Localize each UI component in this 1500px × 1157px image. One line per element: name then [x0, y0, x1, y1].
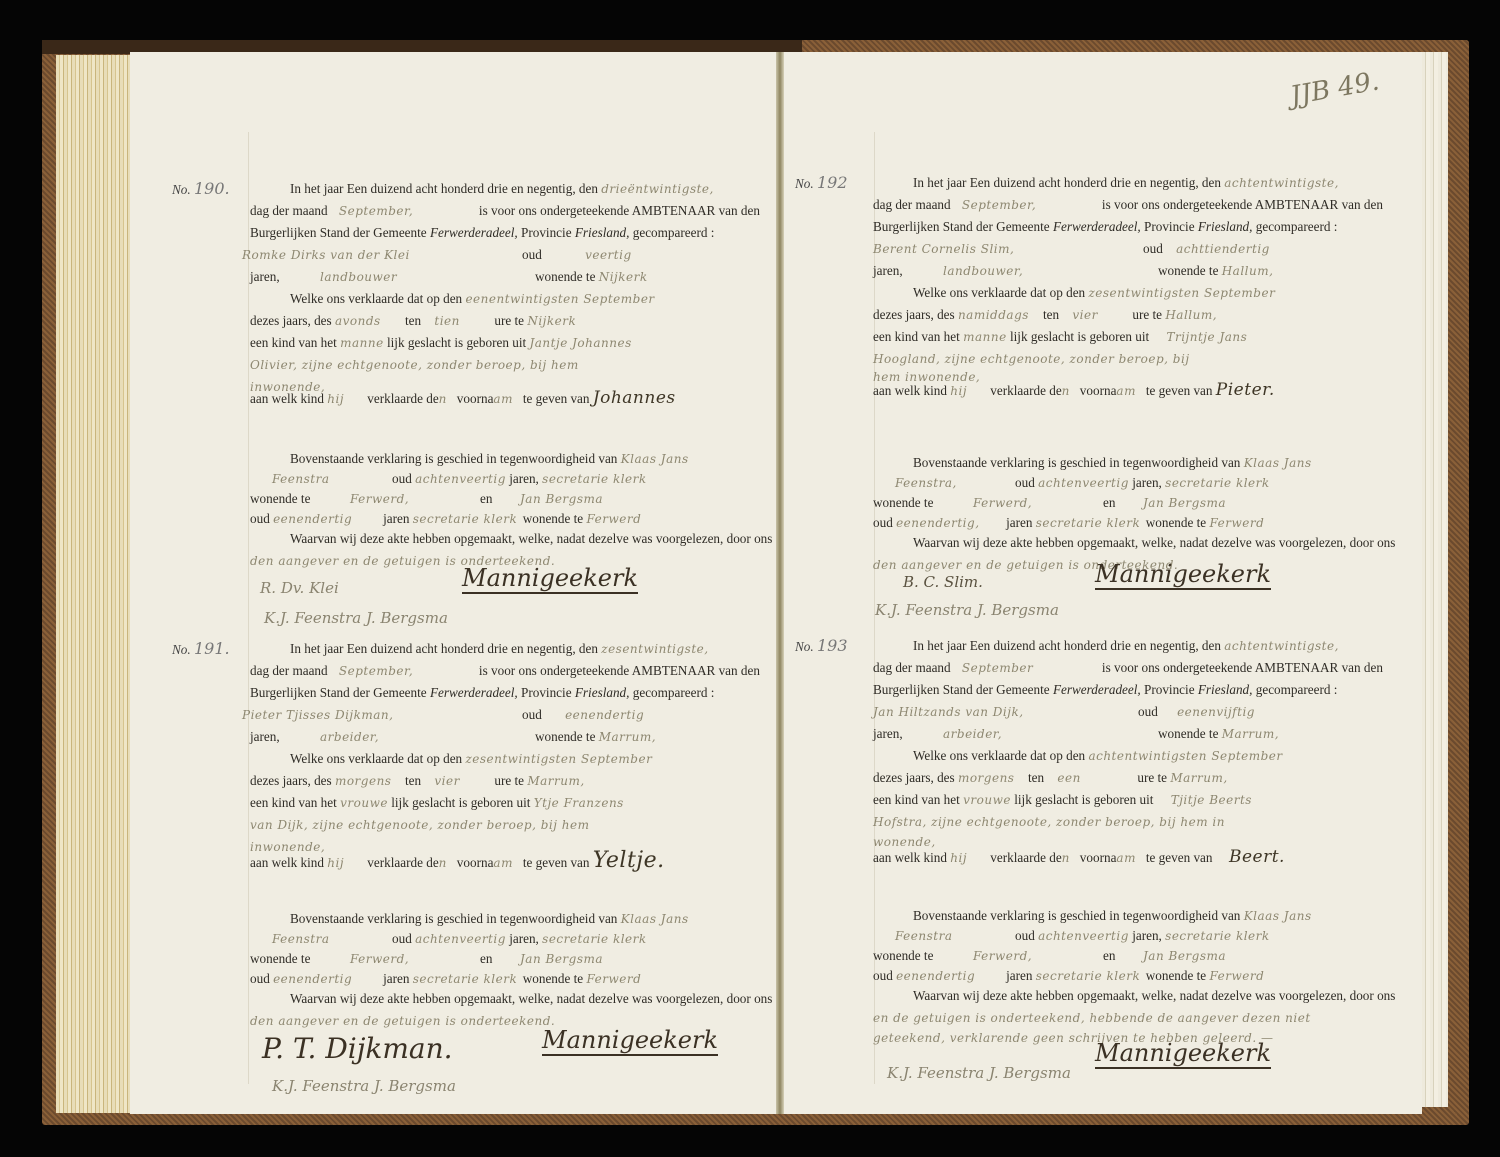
declarant-name: Pieter Tjisses Dijkman,	[242, 705, 522, 727]
printed-text: Waarvan wij deze akte hebben opgemaakt, …	[913, 988, 1395, 1003]
printed-text: Provincie	[1144, 682, 1195, 697]
printed-text: voorna	[1080, 850, 1117, 865]
declarant-occupation: arbeider,	[943, 724, 1158, 746]
printed-text: gecompareerd :	[633, 685, 715, 700]
month-field: September,	[331, 201, 479, 223]
month-field: September	[954, 658, 1102, 680]
printed-text: Friesland,	[575, 225, 630, 240]
printed-text: verklaarde de	[367, 855, 438, 870]
printed-text: Provincie	[521, 685, 572, 700]
suffix: n	[439, 856, 447, 870]
birth-hour: vier	[424, 771, 494, 793]
printed-text: wonende te	[523, 511, 583, 526]
printed-text: In het jaar Een duizend acht honderd dri…	[913, 638, 1221, 653]
printed-text: Ferwerderadeel,	[1053, 682, 1141, 697]
declarant-age: achttiendertig	[1166, 242, 1270, 256]
printed-text: is voor ons ondergeteekende AMBTENAAR va…	[1102, 660, 1383, 675]
birth-place: Nijkerk	[527, 314, 576, 328]
declarant-name: Jan Hiltzands van Dijk,	[873, 702, 1138, 724]
record-number-label: No.	[172, 182, 191, 197]
declarant-signature: B. C. Slim.	[903, 572, 983, 594]
printed-text: een kind van het	[250, 795, 337, 810]
child-name: Beert.	[1229, 847, 1285, 867]
printed-text: voorna	[457, 391, 494, 406]
printed-text: dag der maand	[250, 203, 328, 218]
birth-record: No. 192 In het jaar Een duizend acht hon…	[795, 172, 1390, 632]
printed-text: Friesland,	[575, 685, 630, 700]
mother-name: Ytje Franzens	[534, 796, 624, 810]
suffix: am	[1116, 384, 1136, 398]
printed-text: Burgerlijken Stand der Gemeente	[873, 682, 1050, 697]
witness1-age: achtenveertig	[415, 472, 506, 486]
official-signature: Mannigeekerk	[1095, 1043, 1271, 1069]
printed-text: jaren	[383, 971, 409, 986]
child-sex: manne	[340, 336, 384, 350]
mother-details: Hofstra, zijne echtgenoote, zonder beroe…	[873, 815, 1225, 829]
printed-text: Welke ons verklaarde dat op den	[290, 751, 462, 766]
printed-text: ten	[405, 773, 421, 788]
pronoun: hij	[327, 389, 367, 411]
printed-text: is voor ons ondergeteekende AMBTENAAR va…	[479, 663, 760, 678]
printed-text: wonende te	[535, 269, 595, 284]
day-field: achtentwintigste,	[1224, 639, 1339, 653]
witness2-residence: Ferwerd	[1209, 516, 1264, 530]
witness2-residence: Ferwerd	[1209, 969, 1264, 983]
printed-text: jaren,	[250, 266, 320, 288]
record-number: 193	[817, 636, 848, 655]
child-sex: manne	[963, 330, 1007, 344]
printed-text: oud	[392, 471, 412, 486]
suffix: am	[1116, 851, 1136, 865]
printed-text: ten	[1043, 307, 1059, 322]
day-field: drieëntwintigste,	[601, 182, 714, 196]
printed-text: jaren,	[250, 726, 320, 748]
printed-text: jaren,	[873, 260, 943, 282]
suffix: n	[439, 392, 447, 406]
printed-text: te geven van	[523, 855, 590, 870]
printed-text: voorna	[457, 855, 494, 870]
printed-text: lijk geslacht is geboren uit	[1010, 329, 1149, 344]
printed-text: oud	[250, 971, 270, 986]
witness1-age: achtenveertig	[415, 932, 506, 946]
printed-text: wonende te	[1146, 968, 1206, 983]
witness1-occupation: secretarie klerk	[542, 932, 647, 946]
printed-text: Provincie	[1144, 219, 1195, 234]
printed-text: dag der maand	[873, 660, 951, 675]
printed-text: wonende te	[1146, 515, 1206, 530]
printed-text: jaren	[383, 511, 409, 526]
declarant-name: Berent Cornelis Slim,	[873, 239, 1143, 261]
declarant-name: Romke Dirks van der Klei	[242, 245, 522, 267]
declarant-residence: Hallum,	[1222, 264, 1274, 278]
birth-record: No. 190. In het jaar Een duizend acht ho…	[172, 178, 762, 638]
suffix: am	[493, 392, 513, 406]
printed-text: oud	[522, 247, 542, 262]
witness2-name: Jan Bergsma	[1143, 496, 1226, 510]
mother-details: Olivier, zijne echtgenoote, zonder beroe…	[250, 358, 579, 372]
birth-place: Hallum,	[1165, 308, 1217, 322]
printed-text: jaren,	[1132, 928, 1162, 943]
printed-text: wonende te	[1158, 726, 1218, 741]
printed-text: gecompareerd :	[1256, 219, 1338, 234]
printed-text: Waarvan wij deze akte hebben opgemaakt, …	[290, 531, 772, 546]
printed-text: dezes jaars, des	[250, 313, 332, 328]
printed-text: Ferwerderadeel,	[1053, 219, 1141, 234]
witness1-name: Klaas Jans	[621, 912, 689, 926]
printed-text: Welke ons verklaarde dat op den	[913, 748, 1085, 763]
printed-text: voorna	[1080, 383, 1117, 398]
printed-text: Bovenstaande verklaring is geschied in t…	[290, 451, 617, 466]
printed-text: en	[1103, 492, 1143, 514]
printed-text: oud	[1015, 928, 1035, 943]
birth-date: eenentwintigsten September	[465, 292, 654, 306]
printed-text: Ferwerderadeel,	[430, 225, 518, 240]
printed-text: aan welk kind	[873, 383, 947, 398]
printed-text: In het jaar Een duizend acht honderd dri…	[913, 175, 1221, 190]
declarant-signature: R. Dv. Klei	[260, 578, 339, 600]
birth-hour: vier	[1062, 305, 1132, 327]
printed-text: Bovenstaande verklaring is geschied in t…	[913, 908, 1240, 923]
printed-text: jaren,	[873, 723, 943, 745]
printed-text: oud	[873, 515, 893, 530]
record-number: 191.	[194, 639, 230, 658]
record-number-label: No.	[795, 176, 814, 191]
witness1-occupation: secretarie klerk	[1165, 476, 1270, 490]
child-sex: vrouwe	[963, 793, 1011, 807]
printed-text: oud	[1138, 704, 1158, 719]
declarant-signature: P. T. Dijkman.	[262, 1038, 453, 1060]
printed-text: wonende te	[1158, 263, 1218, 278]
witness2-name: Jan Bergsma	[520, 952, 603, 966]
printed-text: wonende te	[873, 945, 973, 967]
witness2-name: Jan Bergsma	[520, 492, 603, 506]
birth-date: zesentwintigsten September	[1088, 286, 1275, 300]
printed-text: verklaarde de	[990, 383, 1061, 398]
printed-text: Friesland,	[1198, 682, 1253, 697]
record-number: 190.	[194, 179, 230, 198]
page-block-right	[1422, 52, 1448, 1107]
printed-text: jaren,	[509, 931, 539, 946]
printed-text: In het jaar Een duizend acht honderd dri…	[290, 641, 598, 656]
printed-text: jaren,	[509, 471, 539, 486]
mother-details: Hoogland, zijne echtgenoote, zonder bero…	[873, 352, 1190, 366]
witness1-name: Klaas Jans	[621, 452, 689, 466]
witness1-age: achtenveertig	[1038, 476, 1129, 490]
declarant-age: eenenvijftig	[1161, 705, 1255, 719]
suffix: n	[1062, 384, 1070, 398]
printed-text: oud	[522, 707, 542, 722]
printed-text: een kind van het	[873, 329, 960, 344]
printed-text: een kind van het	[250, 335, 337, 350]
printed-text: te geven van	[523, 391, 590, 406]
printed-text: te geven van	[1146, 383, 1213, 398]
printed-text: lijk geslacht is geboren uit	[1014, 792, 1153, 807]
official-signature: Mannigeekerk	[1095, 564, 1271, 590]
printed-text: en	[1103, 945, 1143, 967]
mother-name: Jantje Johannes	[529, 336, 631, 350]
printed-text: Bovenstaande verklaring is geschied in t…	[290, 911, 617, 926]
printed-text: wonende te	[250, 948, 350, 970]
printed-text: dezes jaars, des	[873, 770, 955, 785]
suffix: n	[1062, 851, 1070, 865]
printed-text: ure te	[494, 313, 524, 328]
child-name: Pieter.	[1216, 380, 1275, 400]
witness1-age: achtenveertig	[1038, 929, 1129, 943]
printed-text: gecompareerd :	[1256, 682, 1338, 697]
printed-text: dezes jaars, des	[250, 773, 332, 788]
printed-text: is voor ons ondergeteekende AMBTENAAR va…	[479, 203, 760, 218]
printed-text: oud	[392, 931, 412, 946]
declarant-age: eenendertig	[545, 708, 644, 722]
printed-text: wonende te	[873, 492, 973, 514]
official-signature: Mannigeekerk	[462, 568, 638, 594]
declarant-residence: Nijkerk	[599, 270, 648, 284]
birth-hour: een	[1047, 768, 1137, 790]
declarant-occupation: landbouwer,	[943, 261, 1158, 283]
birth-place: Marrum,	[1170, 771, 1227, 785]
printed-text: oud	[1015, 475, 1035, 490]
declarant-occupation: landbouwer	[320, 267, 535, 289]
printed-text: verklaarde de	[367, 391, 438, 406]
child-sex: vrouwe	[340, 796, 388, 810]
witness2-residence: Ferwerd	[586, 512, 641, 526]
printed-text: dezes jaars, des	[873, 307, 955, 322]
birth-record: No. 191. In het jaar Een duizend acht ho…	[172, 638, 762, 1108]
page-block-left	[56, 55, 131, 1113]
printed-text: Waarvan wij deze akte hebben opgemaakt, …	[913, 535, 1395, 550]
printed-text: Welke ons verklaarde dat op den	[290, 291, 462, 306]
witness1-name: Klaas Jans	[1244, 909, 1312, 923]
printed-text: is voor ons ondergeteekende AMBTENAAR va…	[1102, 197, 1383, 212]
birth-date: achtentwintigsten September	[1088, 749, 1282, 763]
printed-text: te geven van	[1146, 850, 1213, 865]
birth-hour: tien	[424, 311, 494, 333]
printed-text: gecompareerd :	[633, 225, 715, 240]
printed-text: wonende te	[250, 488, 350, 510]
time-of-day: avonds	[335, 311, 405, 333]
mother-details: van Dijk, zijne echtgenoote, zonder bero…	[250, 818, 590, 832]
witness2-name: Jan Bergsma	[1143, 949, 1226, 963]
time-of-day: namiddags	[958, 305, 1043, 327]
declarant-residence: Marrum,	[599, 730, 656, 744]
record-number-label: No.	[795, 639, 814, 654]
printed-text: Waarvan wij deze akte hebben opgemaakt, …	[290, 991, 772, 1006]
printed-text: Burgerlijken Stand der Gemeente	[250, 225, 427, 240]
printed-text: Friesland,	[1198, 219, 1253, 234]
closing-text: den aangever en de getuigen is onderteek…	[250, 1014, 555, 1028]
printed-text: ure te	[1137, 770, 1167, 785]
printed-text: lijk geslacht is geboren uit	[387, 335, 526, 350]
printed-text: aan welk kind	[873, 850, 947, 865]
witness-signatures: K.J. Feenstra J. Bergsma	[887, 1063, 1071, 1085]
printed-text: lijk geslacht is geboren uit	[391, 795, 530, 810]
book-gutter	[776, 52, 784, 1114]
birth-place: Marrum,	[527, 774, 584, 788]
witness1-occupation: secretarie klerk	[542, 472, 647, 486]
printed-text: aan welk kind	[250, 391, 324, 406]
pronoun: hij	[950, 848, 990, 870]
day-field: achtentwintigste,	[1224, 176, 1339, 190]
declarant-age: veertig	[545, 248, 632, 262]
printed-text: jaren	[1006, 515, 1032, 530]
printed-text: wonende te	[523, 971, 583, 986]
mother-name: Trijntje Jans	[1152, 330, 1247, 344]
witness-signatures: K.J. Feenstra J. Bergsma	[875, 600, 1059, 622]
time-of-day: morgens	[958, 768, 1028, 790]
printed-text: wonende te	[535, 729, 595, 744]
printed-text: en	[480, 488, 520, 510]
printed-text: oud	[1143, 241, 1163, 256]
printed-text: In het jaar Een duizend acht honderd dri…	[290, 181, 598, 196]
printed-text: ten	[1028, 770, 1044, 785]
witness-signatures: K.J. Feenstra J. Bergsma	[264, 608, 448, 630]
printed-text: Bovenstaande verklaring is geschied in t…	[913, 455, 1240, 470]
day-field: zesentwintigste,	[601, 642, 708, 656]
official-signature: Mannigeekerk	[542, 1030, 718, 1056]
printed-text: Burgerlijken Stand der Gemeente	[250, 685, 427, 700]
pronoun: hij	[950, 381, 990, 403]
printed-text: ten	[405, 313, 421, 328]
child-name: Johannes	[593, 388, 676, 408]
printed-text: Burgerlijken Stand der Gemeente	[873, 219, 1050, 234]
declarant-residence: Marrum,	[1222, 727, 1279, 741]
witness2-residence: Ferwerd	[586, 972, 641, 986]
printed-text: jaren,	[1132, 475, 1162, 490]
printed-text: ure te	[1132, 307, 1162, 322]
printed-text: oud	[250, 511, 270, 526]
declarant-occupation: arbeider,	[320, 727, 535, 749]
printed-text: Ferwerderadeel,	[430, 685, 518, 700]
witness1-name: Klaas Jans	[1244, 456, 1312, 470]
printed-text: een kind van het	[873, 792, 960, 807]
witness1-occupation: secretarie klerk	[1165, 929, 1270, 943]
printed-text: verklaarde de	[990, 850, 1061, 865]
month-field: September,	[954, 195, 1102, 217]
mother-name: Tjitje Beerts	[1157, 793, 1252, 807]
printed-text: en	[480, 948, 520, 970]
time-of-day: morgens	[335, 771, 405, 793]
birth-date: zesentwintigsten September	[465, 752, 652, 766]
printed-text: ure te	[494, 773, 524, 788]
child-name: Yeltje.	[593, 848, 665, 873]
suffix: am	[493, 856, 513, 870]
pronoun: hij	[327, 853, 367, 875]
printed-text: Provincie	[521, 225, 572, 240]
witness-signatures: K.J. Feenstra J. Bergsma	[272, 1076, 456, 1098]
month-field: September,	[331, 661, 479, 683]
printed-text: dag der maand	[873, 197, 951, 212]
printed-text: oud	[873, 968, 893, 983]
record-number: 192	[817, 173, 848, 192]
birth-record: No. 193 In het jaar Een duizend acht hon…	[795, 635, 1390, 1105]
printed-text: aan welk kind	[250, 855, 324, 870]
printed-text: Welke ons verklaarde dat op den	[913, 285, 1085, 300]
printed-text: jaren	[1006, 968, 1032, 983]
closing-text: en de getuigen is onderteekend, hebbende…	[873, 1011, 1311, 1025]
record-number-label: No.	[172, 642, 191, 657]
printed-text: dag der maand	[250, 663, 328, 678]
